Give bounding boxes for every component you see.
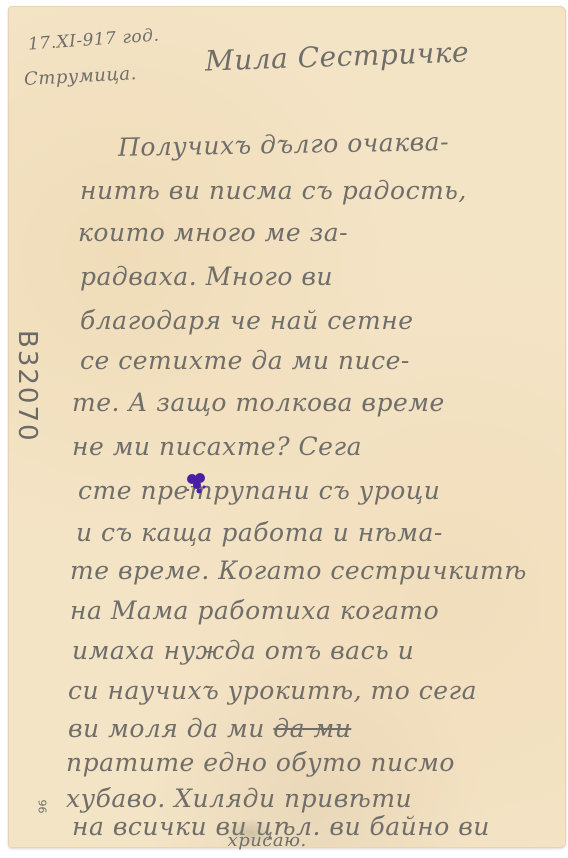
body-line: те време. Когато сестричкитѣ xyxy=(70,556,527,585)
body-line: благодаря че най сетне xyxy=(80,306,414,335)
ink-blot xyxy=(184,470,210,496)
body-line: си научихъ урокитѣ, то сега xyxy=(68,676,477,705)
body-line: се сетихте да ми писе- xyxy=(80,346,410,375)
body-line: не ми писахте? Сега xyxy=(72,432,362,461)
archive-number: B32070 xyxy=(2,330,42,490)
struck-text: да ми xyxy=(273,714,351,743)
body-line: радваха. Много ви xyxy=(80,262,333,291)
body-line-text: ви моля да ми xyxy=(68,714,273,743)
body-line: ви моля да ми да ми xyxy=(68,714,351,743)
margin-note: 96 xyxy=(37,800,50,814)
body-line: хубаво. Хиляди привѣти xyxy=(66,784,412,813)
body-line: те. А защо толкова време xyxy=(72,388,445,417)
body-line: Получихъ дълго очаква- xyxy=(118,127,450,162)
body-line: и съ каща работа и нѣма- xyxy=(76,518,443,547)
body-line: сте претрупани съ уроци xyxy=(78,476,440,505)
body-line: имаха нужда отъ вась и xyxy=(72,636,414,665)
body-line: на Мама работиха когато xyxy=(70,596,439,625)
smudge xyxy=(225,818,275,848)
body-line: пратите едно обуто писмо xyxy=(66,748,455,777)
body-line: които много ме за- xyxy=(78,218,348,247)
body-line: нитѣ ви писма съ радость, xyxy=(80,176,467,205)
